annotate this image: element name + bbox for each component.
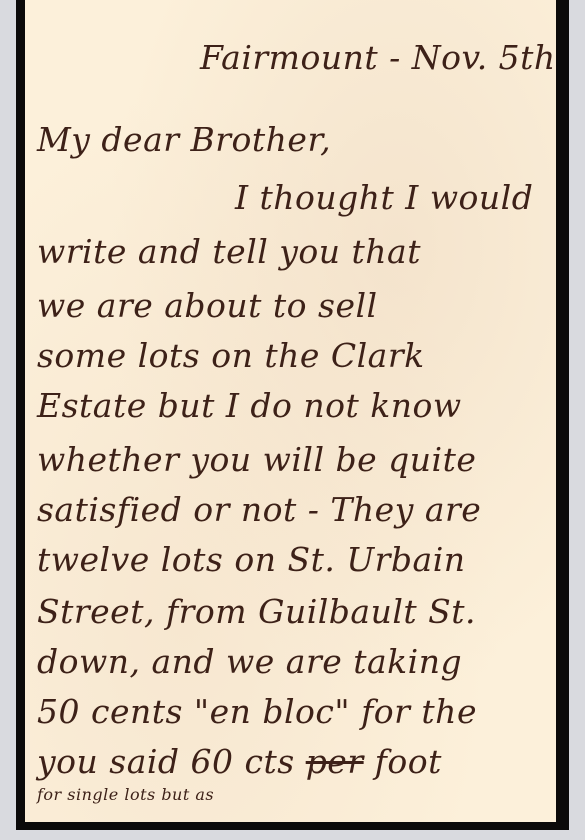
line-text-before: you said 60 cts: [37, 742, 306, 781]
letter-line: Street, from Guilbault St.: [37, 592, 476, 631]
salutation: My dear Brother,: [37, 120, 331, 159]
struck-word: per: [306, 742, 364, 781]
letter-line: Estate but I do not know: [37, 386, 462, 425]
letter-line: some lots on the Clark: [37, 336, 425, 375]
line-text-after: foot: [364, 742, 442, 781]
letter-line: we are about to sell: [37, 286, 378, 325]
dateline: Fairmount - Nov. 5th: [200, 38, 556, 77]
letter-line: whether you will be quite: [37, 440, 476, 479]
letter-line: I thought I would: [235, 178, 533, 217]
letter-line: satisfied or not - They are: [37, 490, 481, 529]
letter-line-with-strikethrough: you said 60 cts per foot: [37, 742, 442, 781]
letter-page: Fairmount - Nov. 5th My dear Brother, I …: [25, 0, 556, 822]
letter-line: write and tell you that: [37, 232, 421, 271]
letter-line: for single lots but as: [37, 785, 214, 804]
letter-line: down, and we are taking: [37, 642, 462, 681]
letter-line: 50 cents "en bloc" for the: [37, 692, 477, 731]
letter-line: twelve lots on St. Urbain: [37, 540, 466, 579]
